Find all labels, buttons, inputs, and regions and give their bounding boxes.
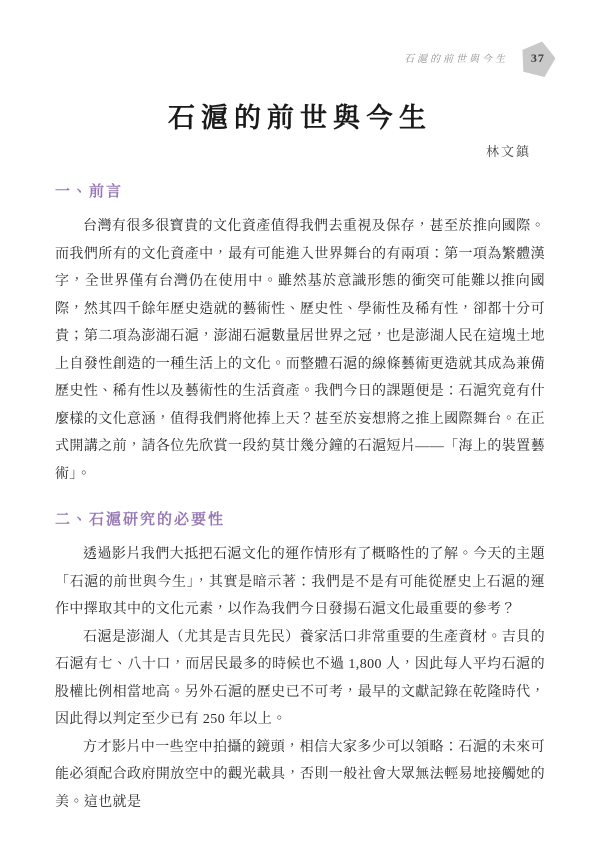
document-page: 石滬的前世與今生 37 石滬的前世與今生 林文鎮 一、前言台灣有很多很寶貴的文化…	[0, 0, 600, 842]
article-author: 林文鎮	[55, 141, 531, 160]
body-paragraph: 台灣有很多很寶貴的文化資產值得我們去重視及保存，甚至於推向國際。而我們所有的文化…	[55, 213, 545, 488]
section-heading: 一、前言	[55, 180, 545, 201]
page-number: 37	[531, 51, 545, 66]
body-paragraph: 石滬是澎湖人（尤其是吉貝先民）養家活口非常重要的生產資材。吉貝的石滬有七、八十口…	[55, 624, 545, 734]
section-heading: 二、石滬研究的必要性	[55, 508, 545, 529]
page-number-badge: 37	[517, 37, 558, 78]
body-paragraph: 方才影片中一些空中拍攝的鏡頭，相信大家多少可以領略：石滬的未來可能必須配合政府開…	[55, 734, 545, 817]
article-sections: 一、前言台灣有很多很寶貴的文化資產值得我們去重視及保存，甚至於推向國際。而我們所…	[55, 180, 545, 816]
body-paragraph: 透過影片我們大抵把石滬文化的運作情形有了概略性的了解。今天的主題「石滬的前世與今…	[55, 541, 545, 624]
running-header-title: 石滬的前世與今生	[404, 50, 508, 65]
article-title: 石滬的前世與今生	[55, 96, 545, 135]
article-content: 石滬的前世與今生 林文鎮 一、前言台灣有很多很寶貴的文化資產值得我們去重視及保存…	[0, 96, 600, 816]
